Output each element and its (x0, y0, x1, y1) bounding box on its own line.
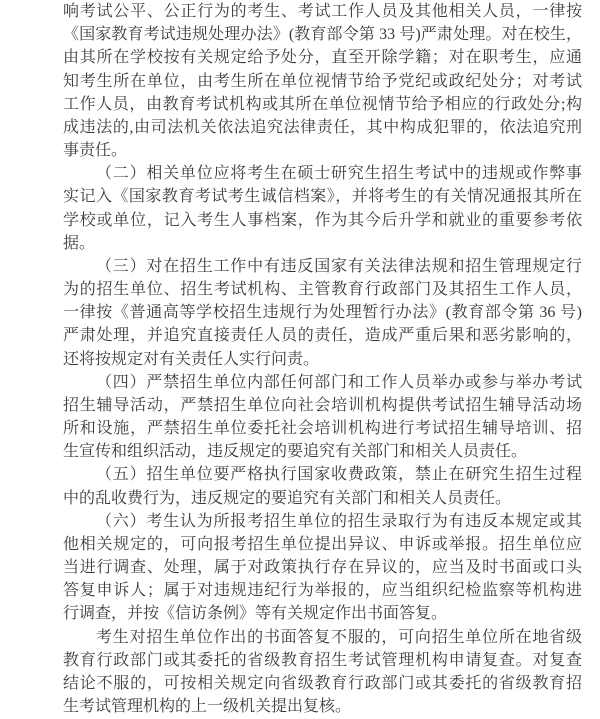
text-line: （五）招生单位要严格执行国家收费政策，禁止在研究生招生过程 (63, 463, 582, 486)
text-line: 他相关规定的，可向报考招生单位提出异议、申诉或举报。招生单位应 (63, 533, 582, 556)
text-line: 结论不服的，可按相关规定向省级教育行政部门或其委托的省级教育招 (63, 672, 582, 695)
text-line: 生宣传和组织活动，违反规定的要追究有关部门和相关人员责任。 (63, 440, 582, 463)
text-line: 响考试公平、公正行为的考生、考试工作人员及其他相关人员，一律按 (63, 0, 582, 23)
text-line: 严肃处理，并追究直接责任人员的责任，造成严重后果和恶劣影响的， (63, 324, 582, 347)
text-line: 成违法的,由司法机关依法追究法律责任，其中构成犯罪的，依法追究刑 (63, 116, 582, 139)
text-line: 行调查，并按《信访条例》等有关规定作出书面答复。 (63, 602, 582, 625)
text-line: 答复申诉人；属于对违规违纪行为举报的，应当组织纪检监察等机构进 (63, 579, 582, 602)
text-line: 当进行调查、处理，属于对政策执行存在异议的，应当及时书面或口头 (63, 556, 582, 579)
text-line: 据。 (63, 232, 582, 255)
text-line: （二）相关单位应将考生在硕士研究生招生考试中的违规或作弊事 (63, 162, 582, 185)
text-line: 考生对招生单位作出的书面答复不服的，可向招生单位所在地省级 (63, 626, 582, 649)
text-line: 为的招生单位、招生考试机构、主管教育行政部门及其招生工作人员， (63, 278, 582, 301)
text-line: 工作人员，由教育考试机构或其所在单位视情节给予相应的行政处分;构 (63, 93, 582, 116)
document-page: 响考试公平、公正行为的考生、考试工作人员及其他相关人员，一律按《国家教育考试违规… (0, 0, 600, 719)
document-text-block: 响考试公平、公正行为的考生、考试工作人员及其他相关人员，一律按《国家教育考试违规… (63, 0, 582, 718)
text-line: 由其所在学校按有关规定给予处分，直至开除学籍；对在职考生，应通 (63, 46, 582, 69)
text-line: 教育行政部门或其委托的省级教育招生考试管理机构申请复查。对复查 (63, 649, 582, 672)
text-line: 中的乱收费行为，违反规定的要追究有关部门和相关人员责任。 (63, 487, 582, 510)
text-line: 事责任。 (63, 139, 582, 162)
text-line: 一律按《普通高等学校招生违规行为处理暂行办法》(教育部令第 36 号) (63, 301, 582, 324)
text-line: 《国家教育考试违规处理办法》(教育部令第 33 号)严肃处理。对在校生， (63, 23, 582, 46)
text-line: 还将按规定对有关责任人实行问责。 (63, 348, 582, 371)
text-line: 生考试管理机构的上一级机关提出复核。 (63, 695, 582, 718)
text-line: （六）考生认为所报考招生单位的招生录取行为有违反本规定或其 (63, 510, 582, 533)
text-line: 学校或单位，记入考生人事档案，作为其今后升学和就业的重要参考依 (63, 209, 582, 232)
text-line: 招生辅导活动，严禁招生单位向社会培训机构提供考试招生辅导活动场 (63, 394, 582, 417)
text-line: （四）严禁招生单位内部任何部门和工作人员举办或参与举办考试 (63, 371, 582, 394)
text-line: 知考生所在单位，由考生所在单位视情节给予党纪或政纪处分；对考试 (63, 70, 582, 93)
text-line: （三）对在招生工作中有违反国家有关法律法规和招生管理规定行 (63, 255, 582, 278)
text-line: 实记入《国家教育考试考生诚信档案》，并将考生的有关情况通报其所在 (63, 185, 582, 208)
text-line: 所和设施，严禁招生单位委托社会培训机构进行考试招生辅导培训、招 (63, 417, 582, 440)
